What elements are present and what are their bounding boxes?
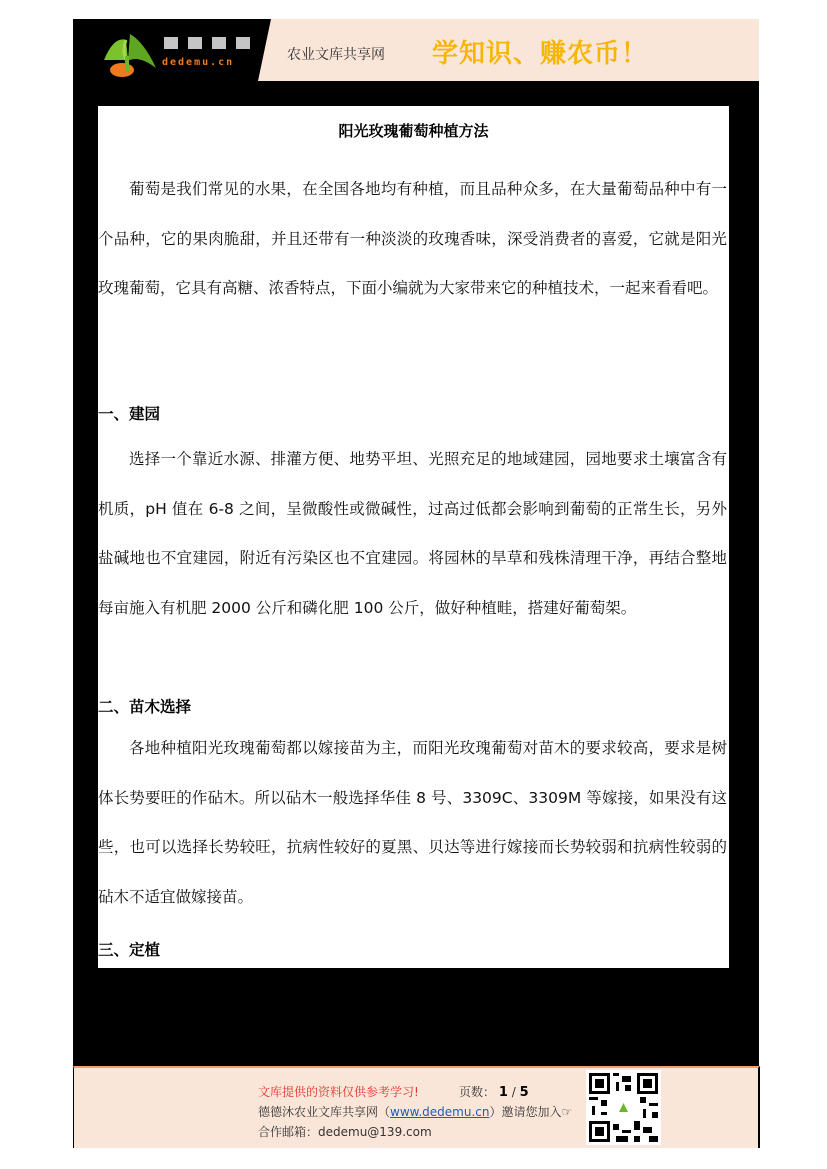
qr-code-icon [586, 1070, 661, 1145]
site-line-prefix: 德德沐农业文库共享网（ [258, 1105, 390, 1119]
logo-domain: dedemu.cn [162, 57, 234, 68]
sprout-logo-icon [100, 30, 160, 78]
section-heading: 一、建园 [98, 402, 160, 424]
page-counter: 页数： 1 / 5 [459, 1083, 529, 1100]
site-logo[interactable]: dedemu.cn [100, 30, 260, 78]
document-page: 阳光玫瑰葡萄种植方法 葡萄是我们常见的水果，在全国各地均有种植，而且品种众多，在… [98, 106, 729, 968]
page-footer: 文库提供的资料仅供参考学习! 页数： 1 / 5 德德沐农业文库共享网（www.… [73, 1066, 760, 1148]
logo-wordmark [164, 36, 254, 50]
disclaimer-text: 文库提供的资料仅供参考学习! [258, 1083, 419, 1100]
site-link[interactable]: www.dedemu.cn [390, 1105, 489, 1119]
page-separator: / [508, 1085, 520, 1099]
section-paragraph: 选择一个靠近水源、排灌方便、地势平坦、光照充足的地域建园，园地要求土壤富含有机质… [98, 435, 727, 633]
pages-label: 页数： [459, 1085, 495, 1099]
current-page: 1 [499, 1085, 508, 1100]
site-invite-line: 德德沐农业文库共享网（www.dedemu.cn）邀请您加入☞ [258, 1103, 572, 1120]
section-paragraph: 各地种植阳光玫瑰葡萄都以嫁接苗为主，而阳光玫瑰葡萄对苗木的要求较高，要求是树体长… [98, 724, 727, 922]
site-name: 农业文库共享网 [287, 44, 385, 64]
section-heading: 二、苗木选择 [98, 695, 191, 717]
intro-paragraph: 葡萄是我们常见的水果，在全国各地均有种植，而且品种众多，在大量葡萄品种中有一个品… [98, 165, 727, 314]
contact-email: 合作邮箱：dedemu@139.com [258, 1123, 432, 1140]
site-line-suffix: ）邀请您加入☞ [489, 1105, 572, 1119]
slogan: 学知识、赚农币！ [432, 33, 648, 70]
document-title: 阳光玫瑰葡萄种植方法 [98, 120, 729, 141]
qr-code [586, 1070, 661, 1145]
total-pages: 5 [520, 1085, 529, 1100]
section-heading: 三、定植 [98, 938, 160, 960]
